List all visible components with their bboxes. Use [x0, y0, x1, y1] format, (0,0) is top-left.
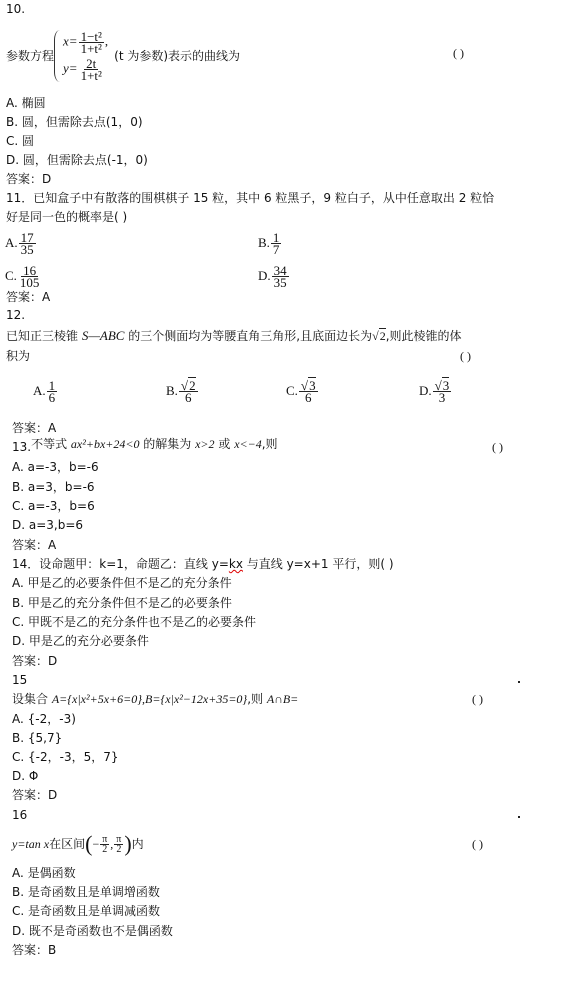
- q13-answer-blank: ( ): [492, 440, 503, 454]
- q15-number: 15: [12, 673, 27, 687]
- q10-suffix: (t 为参数)表示的曲线为: [114, 49, 240, 63]
- q13-option-b: B. a=3，b=-6: [12, 480, 95, 494]
- q16-number: 16: [12, 808, 27, 822]
- q11-option-b: B.17: [258, 228, 282, 258]
- q15-option-d: D. Φ: [12, 769, 38, 783]
- q15-answer: 答案：D: [12, 788, 57, 802]
- q13-answer: 答案：A: [12, 538, 56, 552]
- q16-stem: y=tan x 在区间 (− π2, π2 )内: [12, 832, 144, 856]
- q10-option-d: D. 圆，但需除去点(-1，0): [6, 153, 148, 167]
- q11-stem-line1: 11．已知盒子中有散落的围棋棋子 15 粒，其中 6 粒黑子，9 粒白子，从中任…: [6, 191, 494, 205]
- q14-option-b: B. 甲是乙的充分条件但不是乙的必要条件: [12, 596, 232, 610]
- q11-answer: 答案：A: [6, 290, 50, 304]
- q13-option-a: A. a=-3，b=-6: [12, 460, 99, 474]
- q14-stem: 14．设命题甲：k=1，命题乙：直线 y=kx 与直线 y=x+1 平行，则( …: [12, 557, 394, 571]
- q11-stem-line2: 好是同一色的概率是( ): [6, 210, 127, 224]
- q12-option-b: B.√26: [166, 376, 199, 406]
- q10-eq2-lhs: y=: [63, 60, 78, 75]
- q16-answer-blank: ( ): [472, 837, 483, 851]
- q10-eq1-lhs: x=: [63, 33, 78, 48]
- q10-answer: 答案：D: [6, 172, 51, 186]
- q10-number: 10.: [6, 2, 25, 16]
- q11-option-c: C.16105: [5, 261, 42, 291]
- q16-option-a: A. 是偶函数: [12, 866, 76, 880]
- q11-option-d: D.3435: [258, 261, 290, 291]
- q10-eq2-den: 1+t²: [79, 70, 104, 81]
- q10-option-b: B. 圆，但需除去点(1，0): [6, 115, 143, 129]
- q16-option-d: D. 既不是奇函数也不是偶函数: [12, 924, 173, 938]
- q14-answer: 答案：D: [12, 654, 57, 668]
- q14-option-c: C. 甲既不是乙的充分条件也不是乙的必要条件: [12, 615, 256, 629]
- q13-stem: 13.不等式 ax²+bx+24<0 的解集为 x>2 或 x<−4,则: [12, 440, 278, 454]
- q10-eq1-den: 1+t²: [79, 43, 104, 54]
- q13-option-d: D. a=3,b=6: [12, 518, 83, 532]
- dot-marker: [518, 681, 520, 683]
- q15-option-c: C. {-2，-3，5，7}: [12, 750, 119, 764]
- brace-icon: [54, 30, 61, 82]
- q10-answer-blank: ( ): [453, 46, 464, 60]
- q15-option-a: A. {-2，-3): [12, 712, 76, 726]
- q12-answer: 答案：A: [12, 421, 56, 435]
- q12-option-a: A.16: [33, 376, 58, 406]
- q14-option-d: D. 甲是乙的充分必要条件: [12, 634, 149, 648]
- q12-stem-line1: 已知正三棱锥 S—ABC 的三个侧面均为等腰直角三角形,且底面边长为√2,则此棱…: [6, 329, 462, 343]
- q16-option-c: C. 是奇函数且是单调减函数: [12, 904, 160, 918]
- dot-marker: [518, 816, 520, 818]
- q12-option-d: D.√33: [419, 376, 452, 406]
- q11-option-a: A.1735: [5, 228, 37, 258]
- spellcheck-underline: kx: [229, 557, 243, 571]
- q15-stem: 设集合 A={x|x²+5x+6=0},B={x|x²−12x+35=0},则 …: [12, 692, 298, 706]
- q12-number: 12.: [6, 308, 25, 322]
- q10-option-a: A. 椭圆: [6, 96, 46, 110]
- q10-prefix: 参数方程: [6, 49, 54, 63]
- q12-stem-line2: 积为: [6, 349, 30, 363]
- q10-option-c: C. 圆: [6, 134, 34, 148]
- q15-option-b: B. {5,7}: [12, 731, 62, 745]
- q15-answer-blank: ( ): [472, 692, 483, 706]
- q10-stem: 参数方程 x=1−t²1+t², y=2t1+t² (t 为参数)表示的曲线为: [6, 26, 240, 86]
- q16-answer: 答案：B: [12, 943, 56, 957]
- q12-answer-blank: ( ): [460, 349, 471, 363]
- q14-option-a: A. 甲是乙的必要条件但不是乙的充分条件: [12, 576, 232, 590]
- q12-option-c: C.√36: [286, 376, 319, 406]
- q10-eq1-comma: ,: [105, 33, 108, 48]
- q16-option-b: B. 是奇函数且是单调增函数: [12, 885, 160, 899]
- q13-option-c: C. a=-3，b=6: [12, 499, 95, 513]
